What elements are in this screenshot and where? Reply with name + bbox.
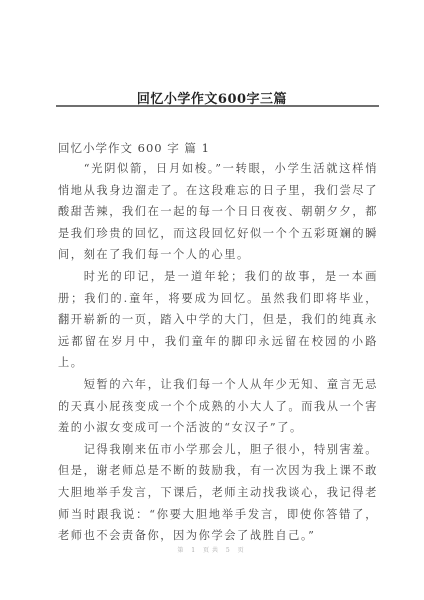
title-divider — [56, 105, 379, 107]
paragraph: 时光的印记，是一道年轮；我们的故事，是一本画册；我们的.童年，将要成为回忆。虽然… — [58, 266, 378, 374]
paragraph: 记得我刚来伍市小学那会儿，胆子很小，特别害羞。但是，谢老师总是不断的鼓励我，有一… — [58, 439, 378, 547]
document-body: “光阴似箭，日月如梭。”一转眼，小学生活就这样悄悄地从我身边溜走了。在这段难忘的… — [58, 158, 378, 547]
paragraph: 短暂的六年，让我们每一个人从年少无知、童言无忌的天真小屁孩变成一个个成熟的小大人… — [58, 374, 378, 439]
page-footer: 第 1 页共 5 页 — [0, 545, 424, 554]
section-heading: 回忆小学作文 600 字 篇 1 — [58, 140, 210, 156]
paragraph: “光阴似箭，日月如梭。”一转眼，小学生活就这样悄悄地从我身边溜走了。在这段难忘的… — [58, 158, 378, 266]
